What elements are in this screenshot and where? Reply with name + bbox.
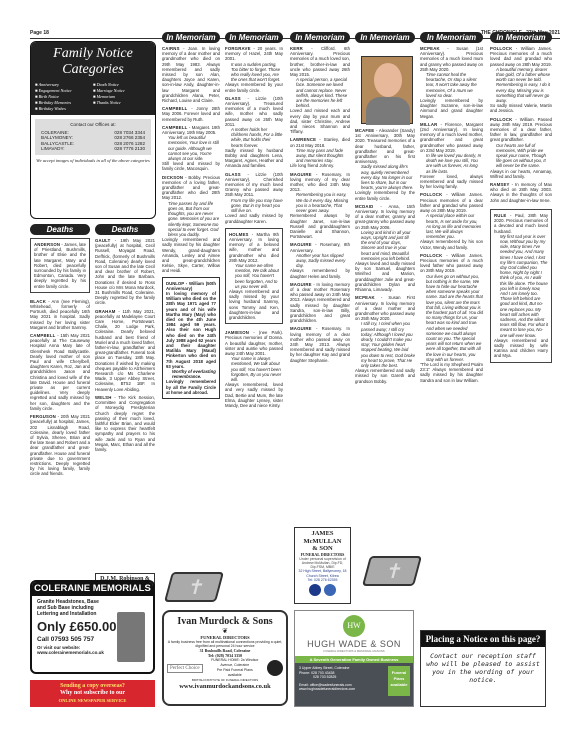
hugh-wade-ad: HW HUGH WADE & SON FUNERAL DIRECTORS & M…	[294, 610, 414, 707]
notice-maguire-4: MAGUIRE - Rosemary. In loving memory of …	[290, 326, 350, 362]
memoriam-column-6: In Memoriam	[330, 32, 390, 46]
notice-mcdaid: MCDAID - Anna, 15th Anniversary. In lovi…	[355, 204, 415, 292]
notice-black: BLACK - Ann (nee Fleming), Whitehead, fo…	[30, 299, 90, 330]
notice-dickson: DICKSON - Bobby. Precious memories of a …	[162, 175, 220, 274]
memoriam-band: In Memoriam	[225, 32, 283, 43]
badge-icon	[324, 584, 336, 596]
notice-holmes: HOLMES - Martha 9th Anniversary. In lovi…	[225, 228, 283, 324]
notice-anderson: ANDERSON - James, late of Priestland, Bu…	[30, 238, 90, 293]
category-item: Birthday Wishes	[35, 106, 93, 112]
office-phone: 028 7776 2130	[114, 146, 145, 152]
notice-pollock-3: POLLOCK - William James. Precious memori…	[490, 46, 552, 114]
ornament-icon: ❦	[167, 628, 283, 635]
notice-welsh: WELSH - The Kirk Session, Committee and …	[95, 395, 155, 452]
notice-maguire-2: MAGUIRE - Rosemary, 8th Anniversary.Anot…	[290, 242, 350, 278]
headstone-image	[117, 612, 145, 662]
placing-notice-box: Placing a Notice on this page? Contact o…	[420, 630, 546, 707]
deaths-band: Deaths	[30, 224, 90, 235]
deaths-band: Deaths	[95, 224, 155, 235]
notice-mcpeak-first: MCPEAK - Susan First Anniversary. In lov…	[355, 295, 415, 383]
notice-cairns: CAIRNS - Joan. In loving memory of a dea…	[162, 46, 220, 103]
memoriam-column-5: In Memoriam KERR - Clifford. 6th Anniver…	[290, 32, 350, 366]
memoriam-column-7: In Memoriam MCPEAK - Susan (1st Annivers…	[420, 32, 483, 386]
overseas-subscription-banner[interactable]: Sending a copy overseas? Why not subscri…	[30, 680, 155, 707]
notice-gault: GAULT - 19th May 2021 (peacefully) at ho…	[95, 238, 155, 306]
category-item: Thanks Notice	[93, 100, 151, 106]
hw-logo: HW	[343, 615, 365, 637]
memoriam-band: In Memoriam	[162, 32, 220, 43]
murdock-ad: Ivan Murdock & Sons ❦ FUNERAL DIRECTORS …	[162, 610, 288, 706]
notice-forgrave: FORGRAVE - 20 years. In memory of Hazel,…	[225, 46, 283, 93]
crest-icon	[267, 660, 283, 676]
notice-kerr: KERR - Clifford. 6th Anniversary. Precio…	[290, 46, 350, 134]
notice-mcafee: MCAFEE - Alexander (Sandy) 1st Anniversa…	[355, 128, 415, 201]
notice-pollock-1: POLLOCK - William James. Precious memori…	[420, 192, 483, 249]
notice-dunlop: DUNLOP - William (50th Anniversary)In lo…	[162, 277, 220, 399]
contact-offices: Contact our Offices at: COLERAINE:028 70…	[35, 119, 151, 155]
notice-maguire-3: MAGUIRE - In loving memory of a dear mot…	[290, 282, 350, 324]
memoriam-band: In Memoriam	[490, 32, 552, 43]
memoriam-band: In Memoriam	[420, 32, 483, 43]
memoriam-column-4: In Memoriam FORGRAVE - 20 years. In memo…	[225, 32, 283, 411]
notice-mcpeak: MCPEAK - Susan (1st Anniversary). Precio…	[420, 46, 483, 119]
notice-glass-1: GLASS - Lizzie (10th Anniversary). Treas…	[225, 96, 283, 169]
category-list: Anniversary Death Notice Engagement Noti…	[31, 80, 155, 115]
notice-glass-2: GLASS - Lizzie (10th Anniversary). Cheri…	[225, 172, 283, 224]
funeral-plans-badge: Funeral Plans available	[388, 666, 410, 696]
bible-icon	[164, 572, 224, 602]
notice-millar: MILLAR - Florence, Margaret (2nd Anniver…	[420, 122, 483, 190]
portrait-photo	[361, 56, 413, 124]
notice-lawrence: LAWRENCE - Stanley, died on 21st May 201…	[290, 137, 350, 168]
deaths-column-2: Deaths GAULT - 19th May 2021 (peacefully…	[95, 224, 155, 455]
office-name: LIMAVADY:	[41, 146, 65, 152]
accept-images-note: We accept images of individuals in all o…	[31, 158, 155, 164]
notice-pollock-2: POLLOCK - William James. Precious memori…	[420, 253, 483, 383]
bible-icon	[362, 556, 422, 586]
notice-rule: RULE - Paul, 28th May 2020. Precious mem…	[490, 209, 552, 363]
coleraine-memorials-ad: COLERAINE MEMORIALS Granite Headstones, …	[30, 580, 155, 674]
notice-ferguson: FERGUSON - 20th May 2021 (peacefully) at…	[30, 414, 90, 476]
mcmullan-ad: JAMES McMULLAN & SON FUNERAL DIRECTORS U…	[294, 527, 351, 604]
notice-graham: GRAHAM - 11th May 2021, peacefully at Ma…	[95, 309, 155, 392]
memoriam-band: In Memoriam	[355, 32, 415, 43]
deaths-column-1: Deaths ANDERSON - James, late of Priestl…	[30, 224, 90, 480]
memoriam-column-8: In Memoriam POLLOCK - William James. Pre…	[490, 32, 552, 363]
badge-icon	[309, 584, 321, 596]
murdock-website-link[interactable]: www.ivanmurdockandsons.co.uk	[167, 683, 283, 691]
family-notice-panel: Family Notice Categories Anniversary Dea…	[30, 41, 156, 219]
contact-title: Contact our Offices at:	[41, 122, 145, 128]
family-notice-subtitle: Categories	[31, 62, 155, 78]
memoriam-column-6-body: MCAFEE - Alexander (Sandy) 1st Anniversa…	[355, 128, 415, 387]
notice-campbell-jonny: CAMPBELL - Jonny 28th May 2006. Forever …	[162, 106, 220, 122]
family-notice-title: Family Notice	[31, 46, 155, 62]
notice-maguire-1: MAGUIRE - Rosemary. In loving memory of …	[290, 172, 350, 240]
notice-ramsey: RAMSEY - In memory of Max who died on 28…	[490, 182, 552, 203]
notice-campbell-margaret: CAMPBELL - Margaret. 19th Anniversary, 1…	[162, 125, 220, 172]
notice-jamieson: JAMIESON - (nee Park). Precious memories…	[225, 330, 283, 408]
memoriam-column-3: In Memoriam CAIRNS - Joan. In loving mem…	[162, 32, 220, 399]
notice-pollock-4: POLLOCK - William. Passed away 28th May …	[490, 117, 552, 179]
notice-campbell: CAMPBELL - 15th May 2021 peacefully at T…	[30, 333, 90, 411]
